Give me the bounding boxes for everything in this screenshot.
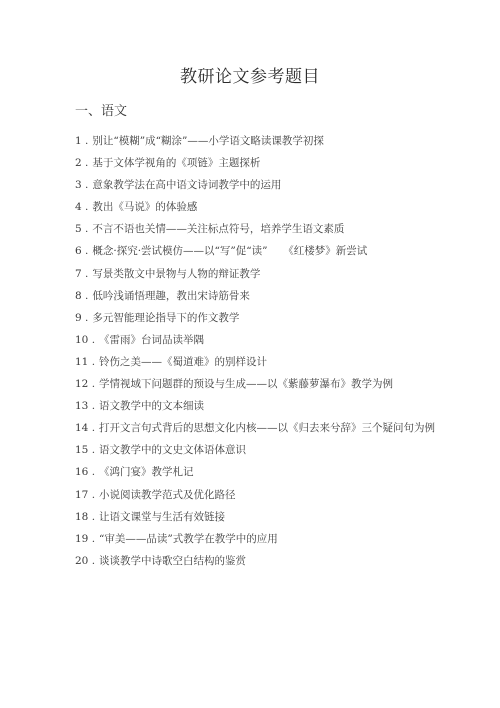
list-item: 19 .“审美——品读”式教学在教学中的应用 xyxy=(75,532,435,554)
section-heading: 一、语文 xyxy=(75,100,127,119)
item-text: 《鸿门宴》教学札记 xyxy=(99,466,194,478)
item-number: 19 . xyxy=(75,532,95,546)
topic-list: 1 .别让“模糊”成“糊涂”——小学语文略读课教学初探2 .基于文体学视角的《项… xyxy=(75,134,435,576)
item-number: 11 . xyxy=(75,355,95,369)
item-text: 语文教学中的文史文体语体意识 xyxy=(99,444,246,456)
item-text: 低吟浅诵悟理趣，教出宋诗筋骨来 xyxy=(92,290,250,302)
item-text: 小说阅读教学范式及优化路径 xyxy=(99,489,236,501)
item-number: 18 . xyxy=(75,510,95,524)
item-text: 让语文课堂与生活有效链接 xyxy=(99,511,225,523)
item-number: 17 . xyxy=(75,488,95,502)
list-item: 14 .打开文言句式背后的思想文化内核——以《归去来兮辞》三个疑问句为例 xyxy=(75,421,435,443)
item-text: 意象教学法在高中语文诗词教学中的运用 xyxy=(92,179,281,191)
item-text: 多元智能理论指导下的作文教学 xyxy=(92,312,239,324)
list-item: 1 .别让“模糊”成“糊涂”——小学语文略读课教学初探 xyxy=(75,134,435,156)
document-page: 教研论文参考题目 一、语文 1 .别让“模糊”成“糊涂”——小学语文略读课教学初… xyxy=(0,0,500,708)
item-number: 13 . xyxy=(75,399,95,413)
item-text: 别让“模糊”成“糊涂”——小学语文略读课教学初探 xyxy=(92,135,323,147)
item-number: 14 . xyxy=(75,421,95,435)
item-number: 1 . xyxy=(75,134,88,148)
list-item: 3 .意象教学法在高中语文诗词教学中的运用 xyxy=(75,178,435,200)
list-item: 10 .《雷雨》台词品读举隅 xyxy=(75,333,435,355)
item-number: 7 . xyxy=(75,267,88,281)
item-text: “审美——品读”式教学在教学中的应用 xyxy=(99,533,278,545)
item-text: 谈谈教学中诗歌空白结构的鉴赏 xyxy=(99,555,246,567)
item-number: 15 . xyxy=(75,443,95,457)
list-item: 8 .低吟浅诵悟理趣，教出宋诗筋骨来 xyxy=(75,289,435,311)
item-text: 语文教学中的文本细读 xyxy=(99,400,204,412)
list-item: 2 .基于文体学视角的《项链》主题探析 xyxy=(75,156,435,178)
item-text: 教出《马说》的体验感 xyxy=(92,201,197,213)
item-number: 3 . xyxy=(75,178,88,192)
item-text: 铃伤之美——《蜀道难》的别样设计 xyxy=(99,356,267,368)
item-number: 10 . xyxy=(75,333,95,347)
item-number: 16 . xyxy=(75,465,95,479)
item-number: 20 . xyxy=(75,554,95,568)
item-text: 《雷雨》台词品读举隅 xyxy=(99,334,204,346)
item-number: 6 . xyxy=(75,244,88,258)
list-item: 17 .小说阅读教学范式及优化路径 xyxy=(75,488,435,510)
item-number: 2 . xyxy=(75,156,88,170)
list-item: 16 .《鸿门宴》教学札记 xyxy=(75,465,435,487)
item-text: 学情视域下问题群的预设与生成——以《紫藤萝瀑布》教学为例 xyxy=(99,378,393,390)
list-item: 5 .不言不语也关情——关注标点符号，培养学生语文素质 xyxy=(75,222,435,244)
item-number: 8 . xyxy=(75,289,88,303)
list-item: 15 .语文教学中的文史文体语体意识 xyxy=(75,443,435,465)
item-number: 5 . xyxy=(75,222,88,236)
item-number: 12 . xyxy=(75,377,95,391)
item-text: 不言不语也关情——关注标点符号，培养学生语文素质 xyxy=(92,223,344,235)
document-title: 教研论文参考题目 xyxy=(0,62,500,87)
list-item: 13 .语文教学中的文本细读 xyxy=(75,399,435,421)
item-text: 写景类散文中景物与人物的辩证教学 xyxy=(92,268,260,280)
item-number: 4 . xyxy=(75,200,88,214)
item-text: 打开文言句式背后的思想文化内核——以《归去来兮辞》三个疑问句为例 xyxy=(99,422,435,434)
list-item: 18 .让语文课堂与生活有效链接 xyxy=(75,510,435,532)
list-item: 20 .谈谈教学中诗歌空白结构的鉴赏 xyxy=(75,554,435,576)
item-text: 基于文体学视角的《项链》主题探析 xyxy=(92,157,260,169)
list-item: 11 .铃伤之美——《蜀道难》的别样设计 xyxy=(75,355,435,377)
list-item: 7 .写景类散文中景物与人物的辩证教学 xyxy=(75,267,435,289)
item-number: 9 . xyxy=(75,311,88,325)
list-item: 4 .教出《马说》的体验感 xyxy=(75,200,435,222)
list-item: 12 .学情视域下问题群的预设与生成——以《紫藤萝瀑布》教学为例 xyxy=(75,377,435,399)
item-text: 概念·探究·尝试模仿——以“写”促“读” 《红楼梦》新尝试 xyxy=(92,245,367,257)
list-item: 9 .多元智能理论指导下的作文教学 xyxy=(75,311,435,333)
list-item: 6 .概念·探究·尝试模仿——以“写”促“读” 《红楼梦》新尝试 xyxy=(75,244,435,266)
